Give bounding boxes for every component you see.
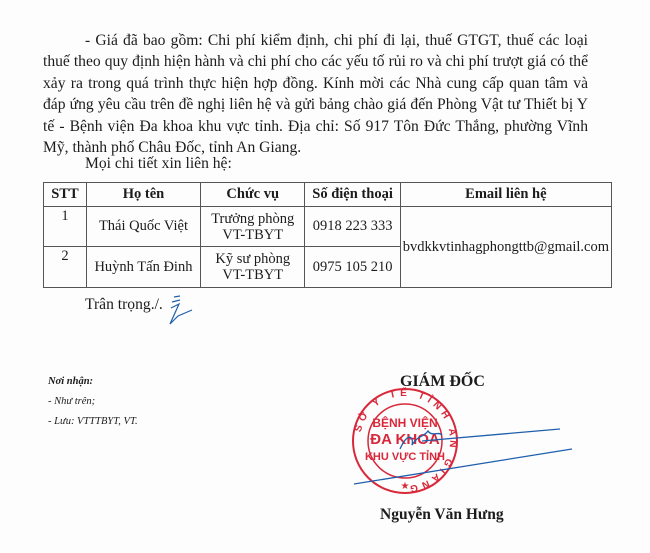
recipient-item: - Lưu: VTTTBYT, VT. (48, 416, 138, 427)
cell-name: Thái Quốc Việt (86, 207, 200, 247)
svg-text:BỆNH VIỆN: BỆNH VIỆN (372, 415, 437, 430)
role-line2: VT-TBYT (222, 267, 283, 283)
cell-stt: 1 (44, 207, 87, 247)
header-name: Họ tên (86, 183, 200, 207)
header-phone: Số điện thoại (305, 183, 400, 207)
initial-signature-icon (160, 294, 194, 330)
hospital-stamp-icon: SỞ Y TẾ TỈNH AN GIANG BỆNH VIỆN ĐA KHOA … (342, 387, 592, 495)
recipient-item: - Như trên; (48, 396, 138, 407)
role-line1: Kỹ sư phòng (215, 251, 290, 267)
cell-email[interactable]: bvdkkvtinhagphongttb@gmail.com (400, 207, 611, 288)
cell-name: Huỳnh Tấn Đinh (86, 247, 200, 288)
cell-phone: 0918 223 333 (305, 207, 400, 247)
table-row: 1 Thái Quốc Việt Trưởng phòng VT-TBYT 09… (44, 207, 612, 247)
cell-role: Kỹ sư phòng VT-TBYT (201, 247, 305, 288)
director-name: Nguyễn Văn Hưng (380, 506, 504, 524)
closing-text: Trân trọng./. (85, 296, 163, 314)
table-header-row: STT Họ tên Chức vụ Số điện thoại Email l… (44, 183, 612, 207)
header-stt: STT (44, 183, 87, 207)
cell-role: Trưởng phòng VT-TBYT (201, 207, 305, 247)
contact-intro: Mọi chi tiết xin liên hệ: (85, 155, 232, 173)
cell-phone: 0975 105 210 (305, 247, 400, 288)
recipients-block: Nơi nhận: - Như trên; - Lưu: VTTTBYT, VT… (48, 376, 138, 436)
cell-stt: 2 (44, 247, 87, 288)
header-role: Chức vụ (201, 183, 305, 207)
role-line2: VT-TBYT (222, 227, 283, 243)
svg-text:★: ★ (401, 481, 410, 492)
svg-text:KHU VỰC TỈNH: KHU VỰC TỈNH (365, 450, 445, 463)
price-terms-paragraph: - Giá đã bao gồm: Chi phí kiểm định, chi… (43, 30, 588, 158)
contacts-table: STT Họ tên Chức vụ Số điện thoại Email l… (43, 182, 612, 288)
role-line1: Trưởng phòng (211, 211, 294, 227)
recipients-title: Nơi nhận: (48, 376, 138, 387)
header-email: Email liên hệ (400, 183, 611, 207)
